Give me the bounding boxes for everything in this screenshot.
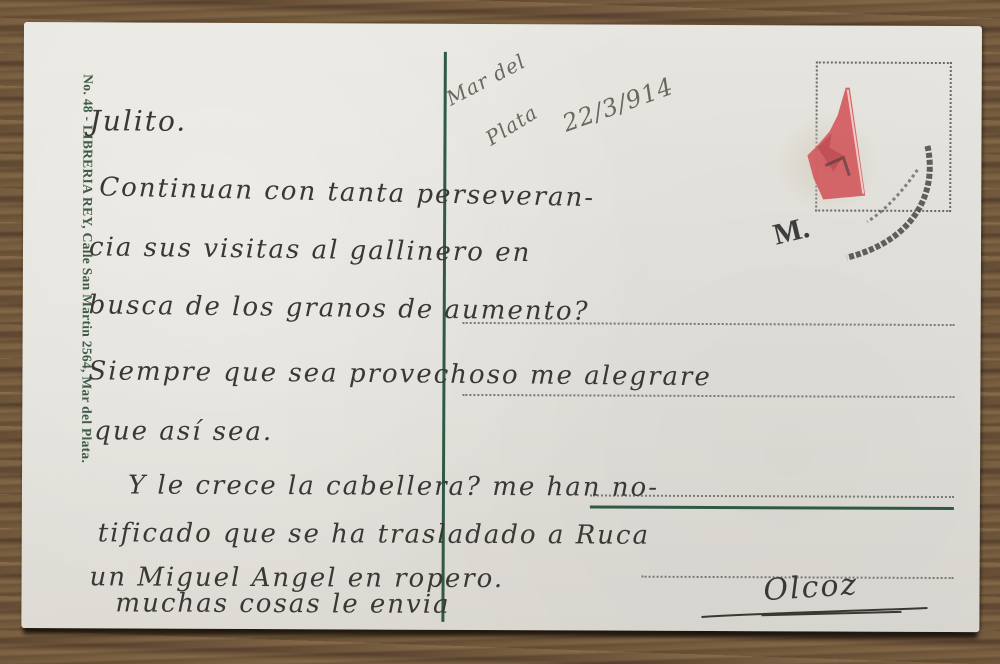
message-line-7: tificado que se ha trasladado a Ruca <box>98 518 650 550</box>
pencil-place-line2: Plata <box>481 100 542 150</box>
message-line-1: Continuan con tanta perseveran- <box>99 172 595 213</box>
message-line-6: Y le crece la cabellera? me han no- <box>128 470 659 502</box>
message-line-5: que así sea. <box>94 416 273 447</box>
signature: Olcoz <box>762 567 859 608</box>
pencil-date: 22/3/914 <box>559 72 677 137</box>
postmark-text: M. <box>770 211 813 252</box>
address-underline-solid <box>590 505 954 510</box>
message-line-4: Siempre que sea provechoso me alegrare <box>88 356 712 392</box>
signature-flourish-icon <box>701 603 931 624</box>
message-line-3: busca de los granos de aumento? <box>89 290 590 327</box>
postmark-icon: M. <box>767 109 968 280</box>
salutation: Julito. <box>89 104 187 137</box>
postcard: No. 48 - LIBRERIA REY, Calle San Martin … <box>21 22 982 632</box>
message-line-9: muchas cosas le envia <box>115 588 450 619</box>
address-line-2 <box>462 394 954 398</box>
pencil-place-line1: Mar del <box>442 49 530 110</box>
publisher-imprint: No. 48 - LIBRERIA REY, Calle San Martin … <box>71 74 95 614</box>
message-line-2: cia sus visitas al gallinero en <box>89 232 532 268</box>
